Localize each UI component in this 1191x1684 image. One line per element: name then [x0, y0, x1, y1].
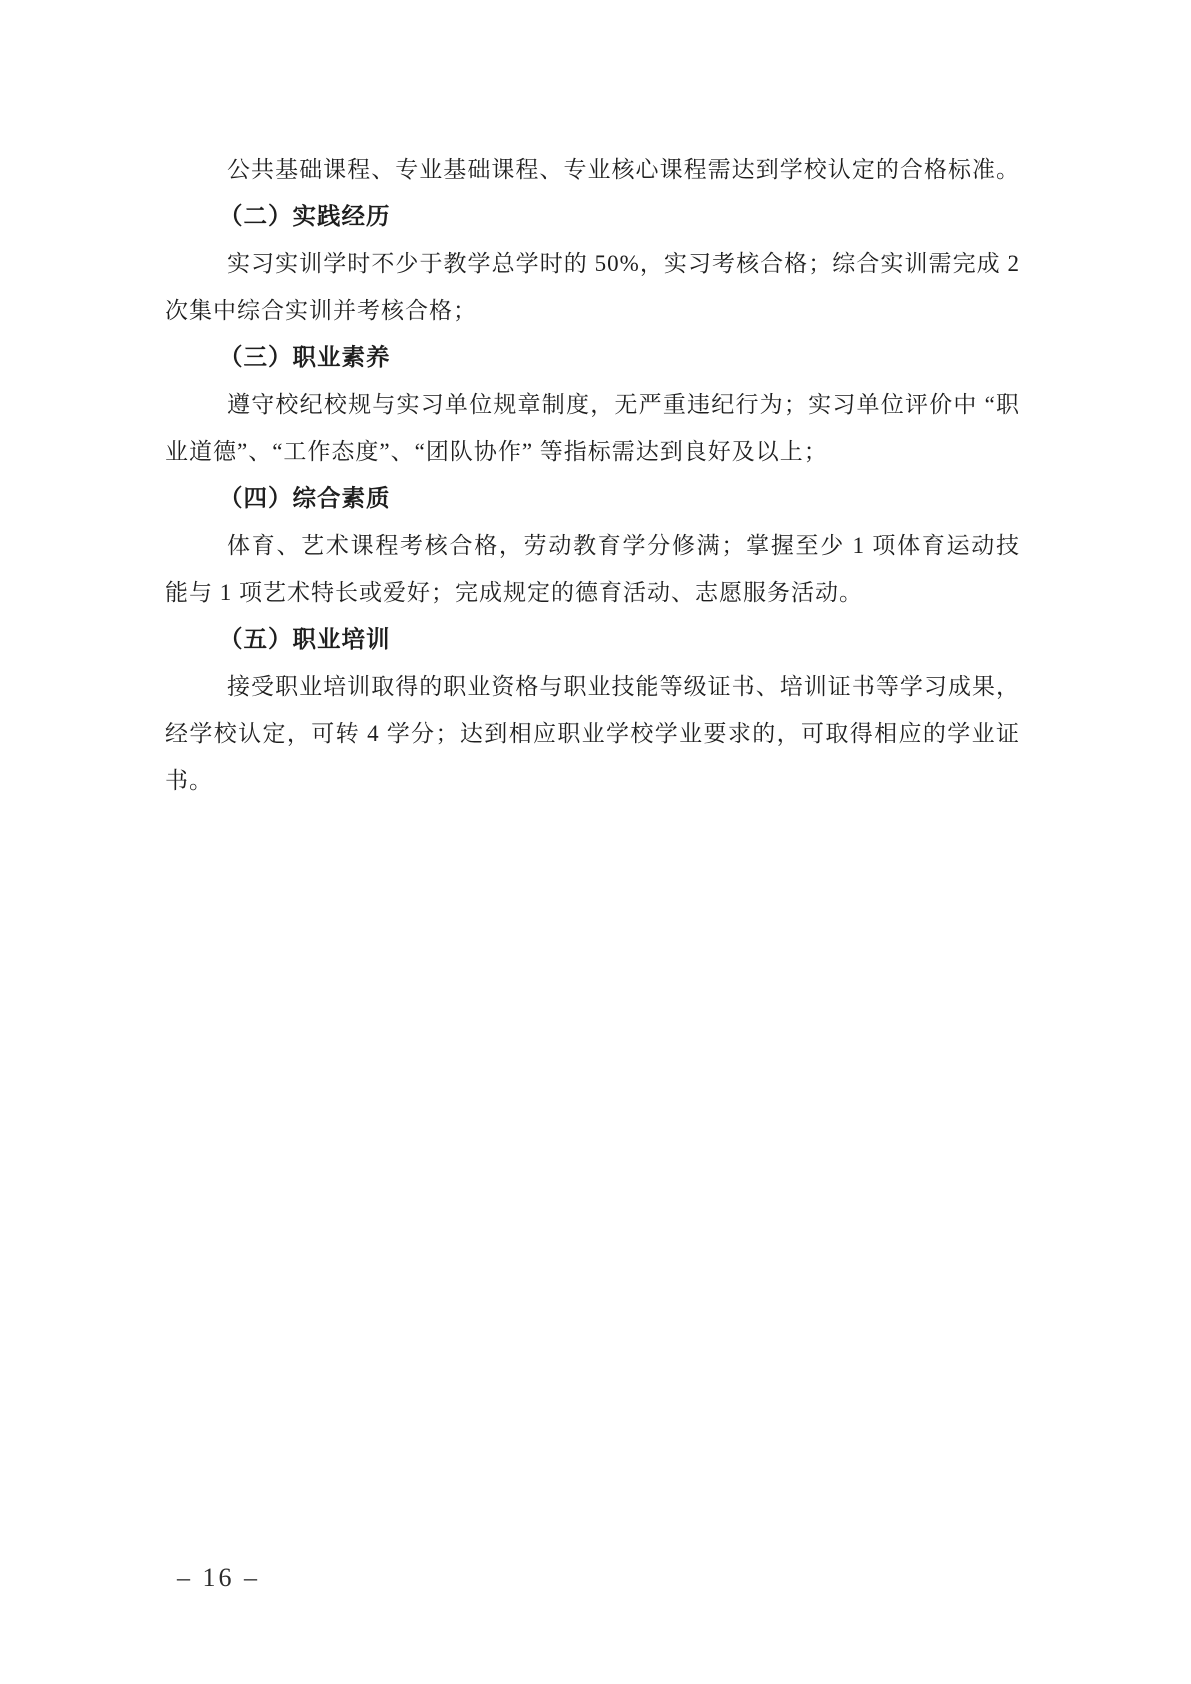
section: （三）职业素养: [165, 334, 1020, 381]
text-line: 经学校认定，可转 4 学分；达到相应职业学校学业要求的，可取得相应的学业证: [165, 710, 1020, 757]
section: （二）实践经历: [165, 193, 1020, 240]
text-line: 公共基础课程、专业基础课程、专业核心课程需达到学校认定的合格标准。: [165, 146, 1020, 193]
section-heading: （三）职业素养: [165, 334, 1020, 381]
text-line: 业道德”、“工作态度”、“团队协作” 等指标需达到良好及以上；: [165, 428, 1020, 475]
section-heading: （五）职业培训: [165, 616, 1020, 663]
text-line: 接受职业培训取得的职业资格与职业技能等级证书、培训证书等学习成果，: [165, 663, 1020, 710]
paragraph: 接受职业培训取得的职业资格与职业技能等级证书、培训证书等学习成果，经学校认定，可…: [165, 663, 1020, 804]
text-line: 体育、艺术课程考核合格，劳动教育学分修满；掌握至少 1 项体育运动技: [165, 522, 1020, 569]
section-heading: （二）实践经历: [165, 193, 1020, 240]
document-content: 公共基础课程、专业基础课程、专业核心课程需达到学校认定的合格标准。（二）实践经历…: [165, 146, 1020, 804]
document-page: 公共基础课程、专业基础课程、专业核心课程需达到学校认定的合格标准。（二）实践经历…: [0, 0, 1191, 1684]
paragraph: 公共基础课程、专业基础课程、专业核心课程需达到学校认定的合格标准。: [165, 146, 1020, 193]
page-number: – 16 –: [177, 1562, 260, 1594]
text-line: 遵守校纪校规与实习单位规章制度，无严重违纪行为；实习单位评价中 “职: [165, 381, 1020, 428]
text-line: 实习实训学时不少于教学总学时的 50%，实习考核合格；综合实训需完成 2: [165, 240, 1020, 287]
section: （四）综合素质: [165, 475, 1020, 522]
section-heading: （四）综合素质: [165, 475, 1020, 522]
paragraph: 实习实训学时不少于教学总学时的 50%，实习考核合格；综合实训需完成 2次集中综…: [165, 240, 1020, 334]
paragraph: 体育、艺术课程考核合格，劳动教育学分修满；掌握至少 1 项体育运动技能与 1 项…: [165, 522, 1020, 616]
text-line: 次集中综合实训并考核合格；: [165, 287, 1020, 334]
paragraph: 遵守校纪校规与实习单位规章制度，无严重违纪行为；实习单位评价中 “职业道德”、“…: [165, 381, 1020, 475]
text-line: 书。: [165, 757, 1020, 804]
section: （五）职业培训: [165, 616, 1020, 663]
text-line: 能与 1 项艺术特长或爱好；完成规定的德育活动、志愿服务活动。: [165, 569, 1020, 616]
